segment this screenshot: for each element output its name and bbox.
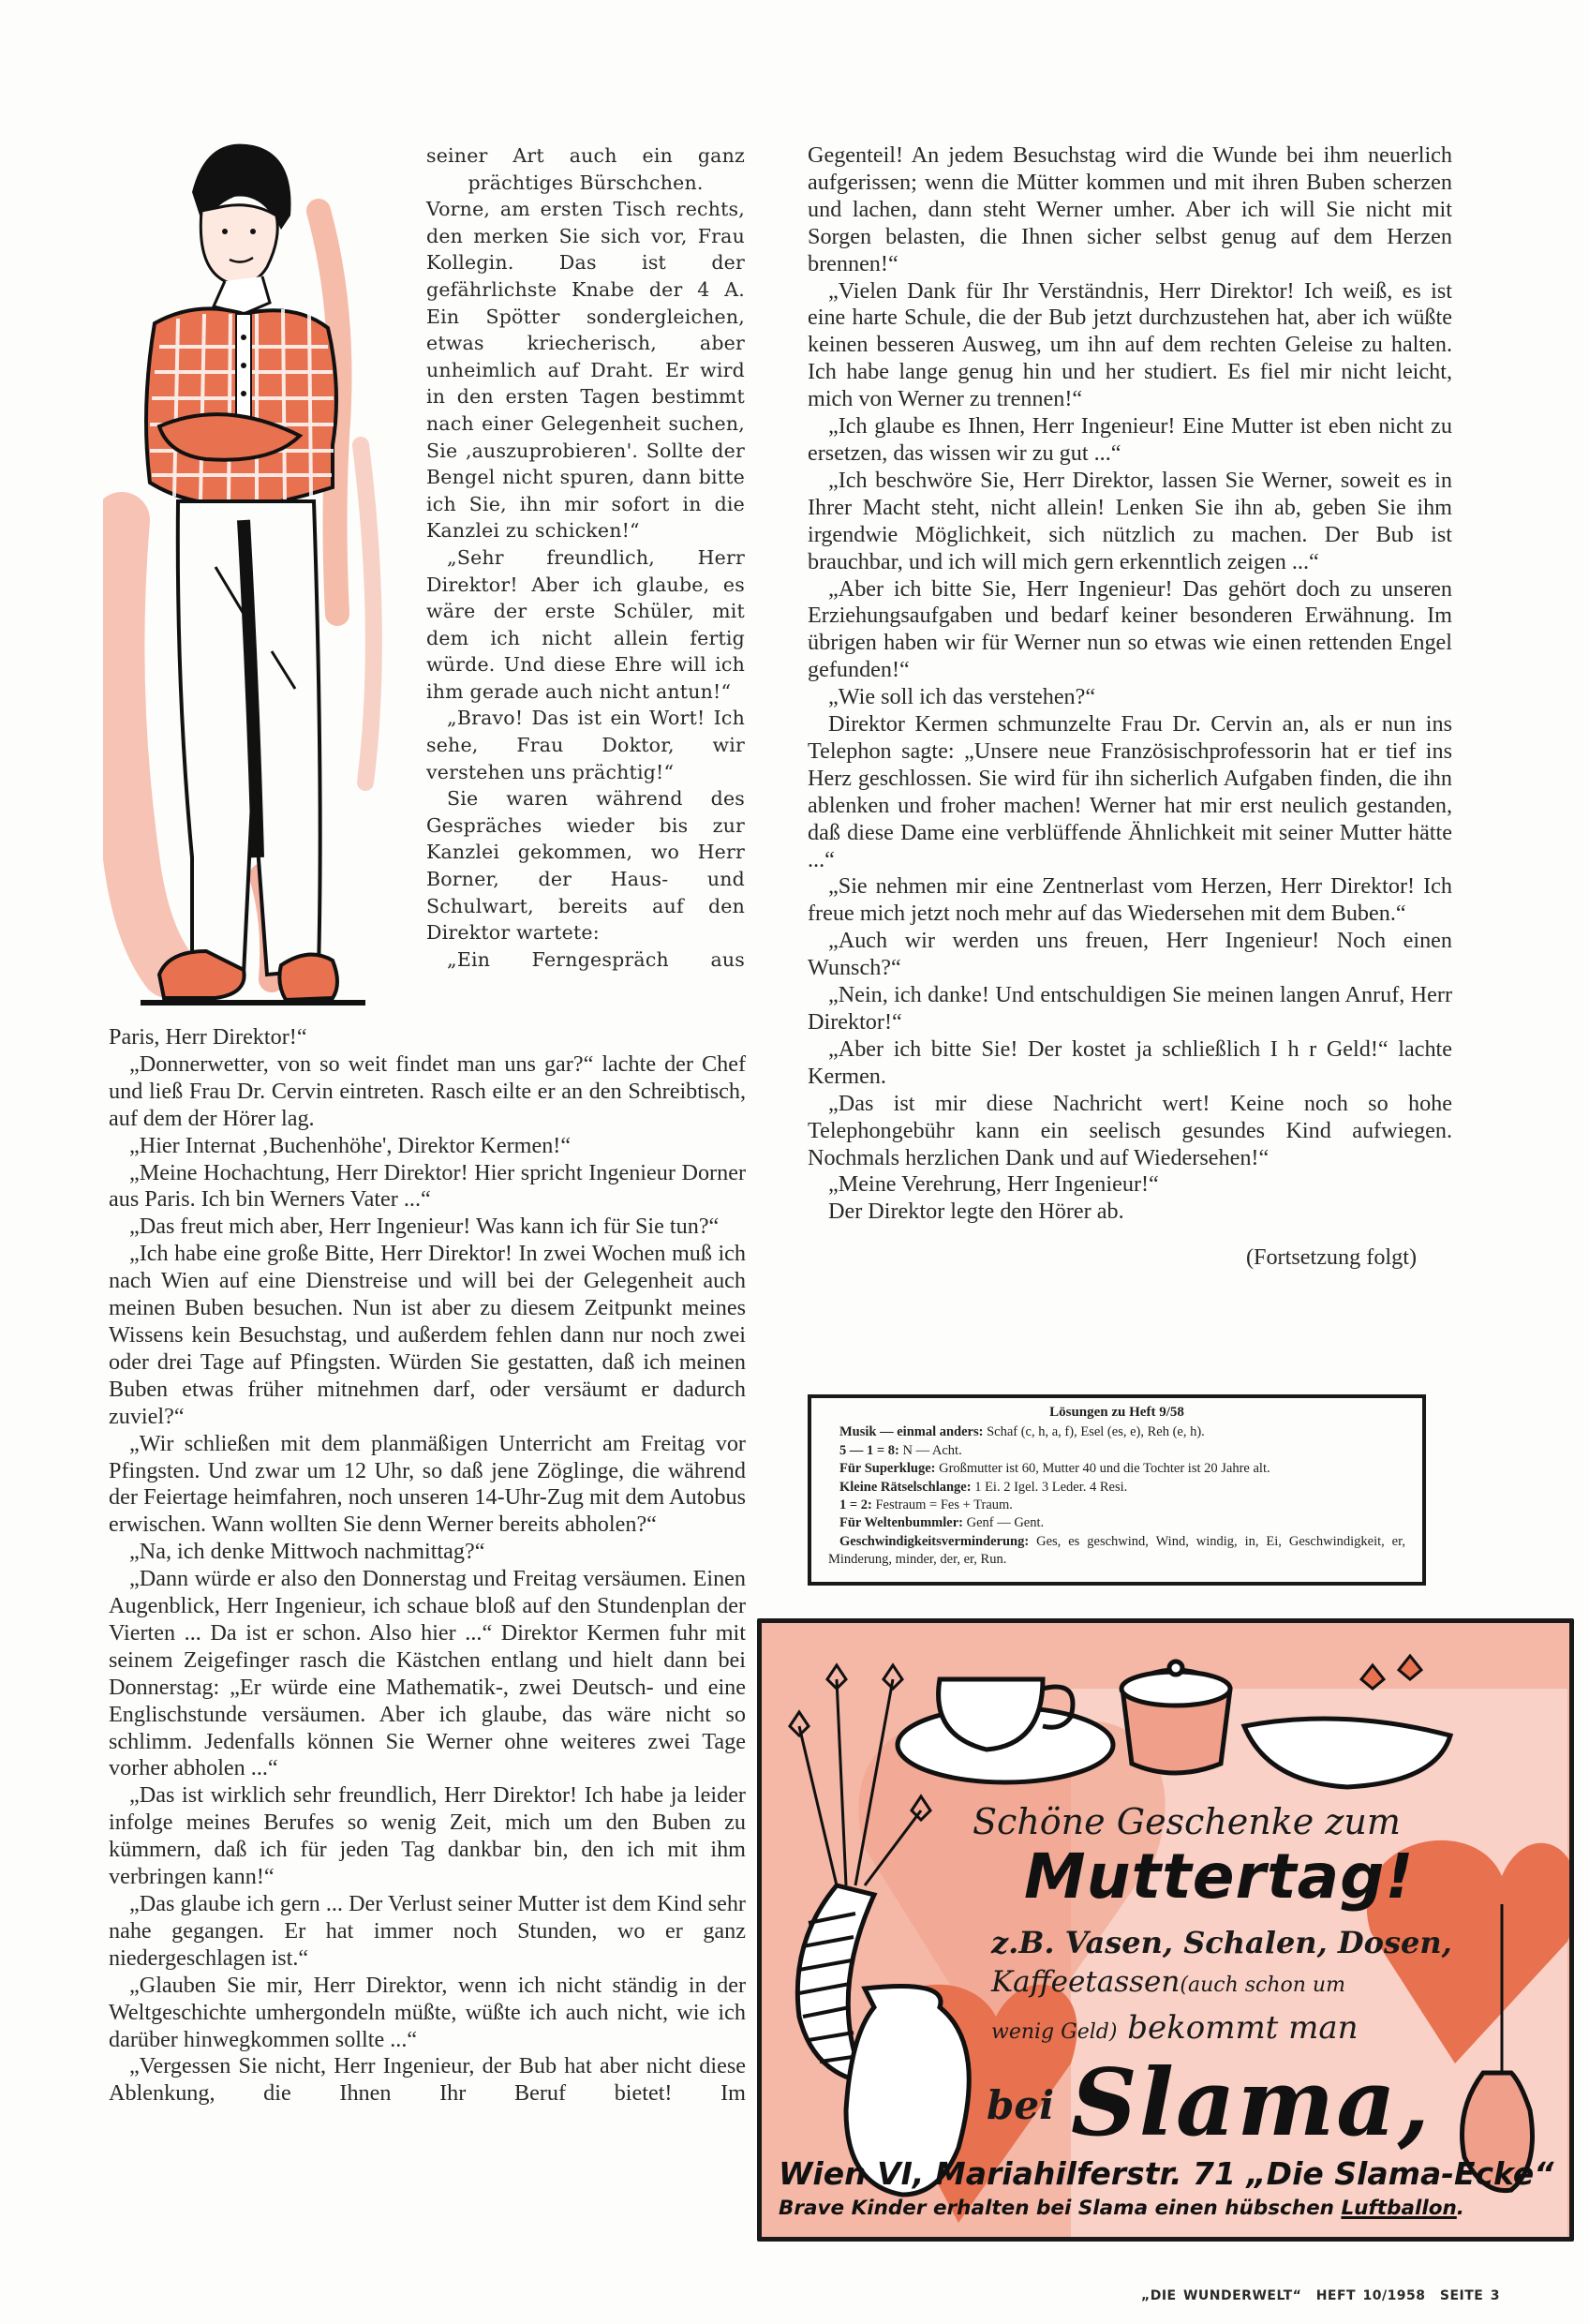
paragraph: „Das glaube ich gern ... Der Verlust sei… (109, 1891, 746, 1973)
paragraph: Direktor Kermen schmunzelte Frau Dr. Cer… (808, 711, 1452, 873)
solution-text: Festraum = Fes + Traum. (872, 1497, 1013, 1512)
solution-item: Geschwindigkeitsverminderung: Ges, es ge… (828, 1533, 1405, 1570)
solution-item: 1 = 2: Festraum = Fes + Traum. (828, 1497, 1405, 1514)
paragraph: „Meine Verehrung, Herr Ingenieur!“ (808, 1171, 1452, 1199)
ad-cups-line: Kaffeetassen(auch schon um (991, 1965, 1345, 1999)
ad-price-text: bekommt man (1117, 2009, 1358, 2047)
slama-mothers-day-advertisement: Schöne Geschenke zum Muttertag! z.B. Vas… (757, 1618, 1574, 2242)
paragraph: „Hier Internat ‚Buchenhöhe', Direktor Ke… (109, 1133, 746, 1160)
paragraph: „Vergessen Sie nicht, Herr Ingenieur, de… (109, 2053, 746, 2108)
flower-icon (1361, 1656, 1421, 1689)
paragraph: prächtiges Bürschchen. (426, 170, 745, 197)
solution-label: Musik — einmal anders: (839, 1424, 983, 1439)
paragraph: seiner Art auch ein ganz (426, 142, 745, 170)
paragraph: „Na, ich denke Mittwoch nachmittag?“ (109, 1539, 746, 1566)
solution-label: 5 — 1 = 8: (839, 1443, 899, 1458)
solution-text: Genf — Gent. (963, 1515, 1044, 1530)
solution-label: Kleine Rätselschlange: (839, 1480, 972, 1495)
ad-bei: bei (987, 2082, 1054, 2128)
solution-label: Für Superkluge: (839, 1461, 935, 1476)
solution-item: 5 — 1 = 8: N — Acht. (828, 1442, 1405, 1460)
ad-cups-note: (auch schon um (1180, 1974, 1345, 1997)
ad-address: Wien VI, Mariahilferstr. 71 „Die Slama-E… (779, 2155, 1553, 2192)
paragraph: „Das freut mich aber, Herr Ingenieur! Wa… (109, 1214, 746, 1241)
solution-label: Geschwindigkeitsverminderung: (839, 1534, 1029, 1549)
boy-illustration (103, 127, 426, 1007)
paragraph: „Sie nehmen mir eine Zentnerlast vom Her… (808, 873, 1452, 928)
solution-label: Für Weltenbummler: (839, 1515, 963, 1530)
solution-text: Großmutter ist 60, Mutter 40 und die Toc… (935, 1461, 1270, 1476)
ad-price-line: wenig Geld) bekommt man (991, 2009, 1359, 2047)
puzzle-solutions-box: Lösungen zu Heft 9/58 Musik — einmal and… (808, 1394, 1426, 1586)
ad-kids-text: Brave Kinder erhalten bei Slama einen hü… (779, 2197, 1341, 2220)
ad-kids-offer: Brave Kinder erhalten bei Slama einen hü… (779, 2197, 1464, 2220)
paragraph: „Aber ich bitte Sie, Herr Ingenieur! Das… (808, 576, 1452, 685)
story-column-left: Paris, Herr Direktor!“ „Donnerwetter, vo… (109, 1024, 746, 2108)
magazine-name: „DIE WUNDERWELT“ (1141, 2288, 1301, 2303)
solution-text: 1 Ei. 2 Igel. 3 Leder. 4 Resi. (972, 1480, 1128, 1495)
paragraph: Gegenteil! An jedem Besuchstag wird die … (808, 142, 1452, 278)
ad-brand-logo: Slama, (1071, 2049, 1432, 2157)
paragraph: „Donnerwetter, von so weit findet man un… (109, 1051, 746, 1133)
solution-label: 1 = 2: (839, 1497, 872, 1512)
solution-item: Musik — einmal anders: Schaf (c, h, a, f… (828, 1423, 1405, 1441)
ad-kids-item: Luftballon (1341, 2197, 1456, 2220)
paragraph: Vorne, am ersten Tisch rechts, den merke… (426, 196, 745, 544)
ad-kids-suffix: . (1457, 2197, 1464, 2220)
ad-price-note: wenig Geld) (991, 2020, 1117, 2044)
boy-figure-illustration (103, 127, 426, 1007)
ad-headline-2: Muttertag! (1024, 1840, 1415, 1913)
ad-products-line: z.B. Vasen, Schalen, Dosen, (991, 1925, 1452, 1960)
paragraph: „Aber ich bitte Sie! Der kostet ja schli… (808, 1036, 1452, 1091)
solution-item: Für Superkluge: Großmutter ist 60, Mutte… (828, 1460, 1405, 1478)
ad-headline-1: Schöne Geschenke zum (973, 1801, 1401, 1842)
paragraph: Sie waren während des Gespräches wieder … (426, 785, 745, 946)
solution-text: Schaf (c, h, a, f), Esel (es, e), Reh (e… (983, 1424, 1204, 1439)
story-column-right: Gegenteil! An jedem Besuchstag wird die … (808, 142, 1452, 1272)
paragraph: „Ein Ferngespräch aus (426, 946, 745, 974)
paragraph: „Ich glaube es Ihnen, Herr Ingenieur! Ei… (808, 413, 1452, 468)
story-column-narrow: seiner Art auch ein ganz prächtiges Bürs… (426, 142, 745, 973)
paragraph: „Meine Hochachtung, Herr Direktor! Hier … (109, 1160, 746, 1214)
paragraph: „Ich beschwöre Sie, Herr Direktor, lasse… (808, 468, 1452, 576)
solutions-title: Lösungen zu Heft 9/58 (828, 1404, 1405, 1422)
paragraph: „Ich habe eine große Bitte, Herr Direkto… (109, 1241, 746, 1430)
paragraph: „Das ist mir diese Nachricht wert! Keine… (808, 1091, 1452, 1172)
solution-item: Für Weltenbummler: Genf — Gent. (828, 1514, 1405, 1532)
solution-text: N — Acht. (899, 1443, 962, 1458)
page-number: SEITE 3 (1440, 2288, 1500, 2303)
continuation-note: (Fortsetzung folgt) (808, 1244, 1452, 1272)
paragraph: „Vielen Dank für Ihr Verständnis, Herr D… (808, 278, 1452, 414)
paragraph: „Nein, ich danke! Und entschuldigen Sie … (808, 982, 1452, 1036)
paragraph: Paris, Herr Direktor!“ (109, 1024, 746, 1051)
ad-cups-text: Kaffeetassen (991, 1965, 1180, 1999)
paragraph: „Auch wir werden uns freuen, Herr Ingeni… (808, 928, 1452, 982)
paragraph: „Wie soll ich das verstehen?“ (808, 684, 1452, 711)
paragraph: „Sehr freundlich, Herr Direktor! Aber ic… (426, 544, 745, 706)
sugar-bowl-icon (1121, 1661, 1230, 1773)
solution-item: Kleine Rätselschlange: 1 Ei. 2 Igel. 3 L… (828, 1479, 1405, 1497)
paragraph: „Wir schließen mit dem planmäßigen Unter… (109, 1431, 746, 1540)
paragraph: „Dann würde er also den Donnerstag und F… (109, 1566, 746, 1782)
issue-number: HEFT 10/1958 (1316, 2288, 1426, 2303)
paragraph: „Glauben Sie mir, Herr Direktor, wenn ic… (109, 1973, 746, 2054)
page-footer: „DIE WUNDERWELT“ HEFT 10/1958 SEITE 3 (1141, 2288, 1500, 2303)
paragraph: „Bravo! Das ist ein Wort! Ich sehe, Frau… (426, 705, 745, 785)
paragraph: Der Direktor legte den Hörer ab. (808, 1199, 1452, 1226)
paragraph: „Das ist wirklich sehr freundlich, Herr … (109, 1782, 746, 1891)
